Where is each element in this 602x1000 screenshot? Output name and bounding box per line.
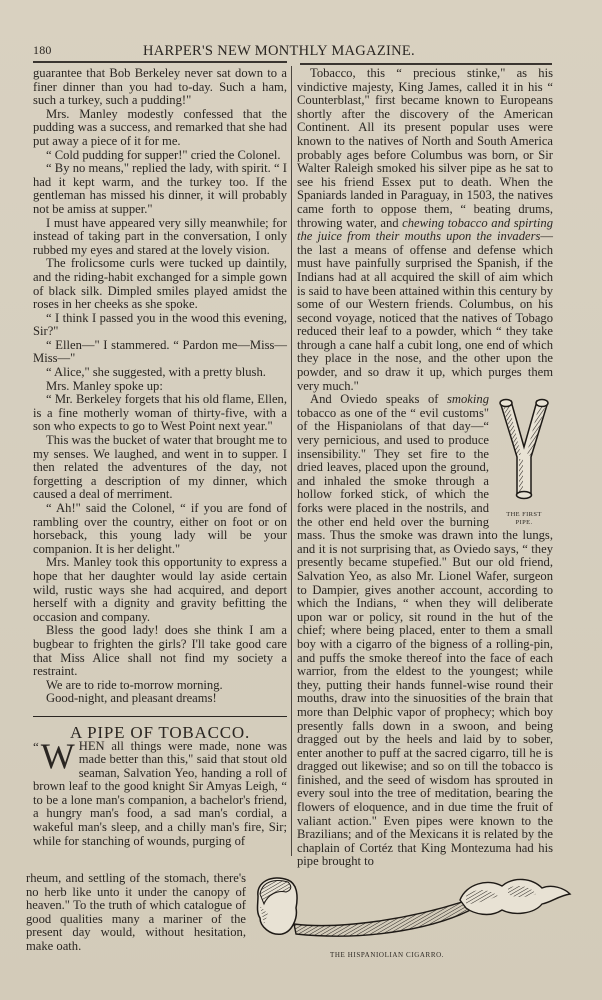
paragraph: Good-night, and pleasant dreams!: [33, 692, 287, 706]
running-head: 180 HARPER'S NEW MONTHLY MAGAZINE.: [33, 40, 573, 60]
paragraph: This was the bucket of water that brough…: [33, 434, 287, 502]
magazine-page: 180 HARPER'S NEW MONTHLY MAGAZINE. guara…: [0, 0, 602, 1000]
figure-caption: THE HISPANIOLIAN CIGARRO.: [330, 951, 444, 959]
forked-pipe-illustration: [495, 395, 553, 507]
paragraph: “ Cold pudding for supper!" cried the Co…: [33, 149, 287, 163]
paragraph: We are to ride to-morrow morning.: [33, 679, 287, 693]
opening-quote: “: [33, 740, 39, 754]
text-run: Tobacco, this “ precious stinke," as his…: [297, 66, 553, 230]
paragraph: “ Alice," she suggested, with a pretty b…: [33, 366, 287, 380]
opening-paragraph: “WHEN all things were made, none was mad…: [33, 740, 287, 849]
paragraph: Mrs. Manley modestly confessed that the …: [33, 108, 287, 149]
opening-paragraph-continued: rheum, and settling of the stomach, ther…: [26, 872, 246, 954]
cigarro-illustration: [252, 874, 572, 954]
paragraph: “ Mr. Berkeley forgets that his old flam…: [33, 393, 287, 434]
paragraph: “ I think I passed you in the wood this …: [33, 312, 287, 339]
paragraph: I must have appeared very silly meanwhil…: [33, 217, 287, 258]
paragraph: “ By no means," replied the lady, with s…: [33, 162, 287, 216]
opening-tail: rheum, and settling of the stomach, ther…: [26, 872, 246, 954]
paragraph: Bless the good lady! does she think I am…: [33, 624, 287, 678]
right-column: Tobacco, this “ precious stinke," as his…: [297, 67, 553, 869]
text-run: And Oviedo speaks of: [310, 392, 447, 406]
paragraph: guarantee that Bob Berkeley never sat do…: [33, 67, 287, 108]
paragraph: Tobacco, this “ precious stinke," as his…: [297, 67, 553, 393]
header-rule-right: [300, 63, 552, 65]
paragraph: “ Ah!" said the Colonel, “ if you are fo…: [33, 502, 287, 556]
paragraph: Mrs. Manley spoke up:: [33, 380, 287, 394]
page-number: 180: [33, 43, 52, 58]
figure-caption: PIPE.: [495, 519, 553, 527]
column-divider: [291, 66, 292, 856]
paragraph: The frolicsome curls were tucked up dain…: [33, 257, 287, 311]
figure-hispaniolian-cigarro: [252, 874, 572, 974]
text-run: —the last a means of offense and defense…: [297, 229, 553, 393]
header-rule-left: [33, 61, 287, 63]
text-run: tobacco as one of the “ evil customs" of…: [297, 406, 489, 542]
section-rule: [33, 716, 287, 717]
paragraph: “ Ellen—" I stammered. “ Pardon me—Miss—…: [33, 339, 287, 366]
magazine-title: HARPER'S NEW MONTHLY MAGAZINE.: [143, 43, 415, 60]
figure-caption: THE FIRST: [495, 511, 553, 519]
left-column: guarantee that Bob Berkeley never sat do…: [33, 67, 287, 848]
drop-cap: W: [41, 742, 75, 770]
italic-run: smoking: [447, 392, 489, 406]
figure-first-pipe: THE FIRST PIPE.: [495, 395, 553, 523]
paragraph: Mrs. Manley took this opportunity to exp…: [33, 556, 287, 624]
article-opening: “WHEN all things were made, none was mad…: [33, 740, 287, 849]
text-run: smoke was drawn into the lungs, and it i…: [297, 528, 553, 868]
